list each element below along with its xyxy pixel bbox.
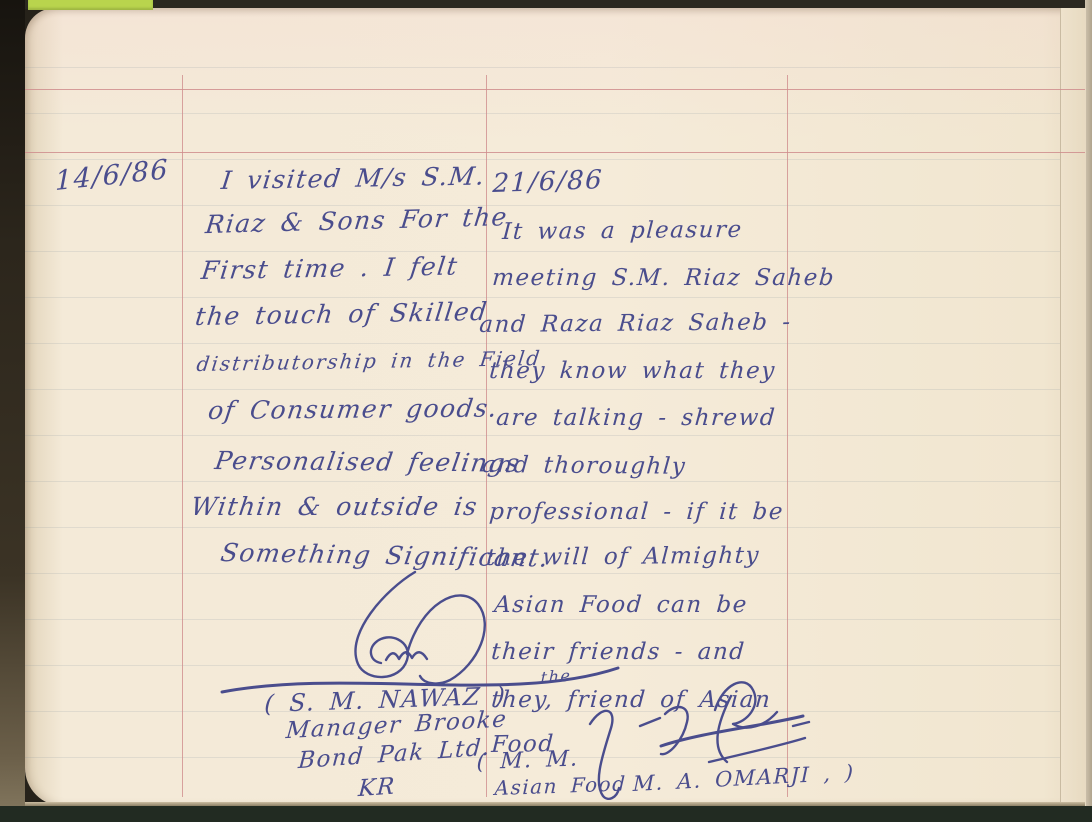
ledger-page: 14/6/86 I visited M/s S.M. Riaz & Sons F… bbox=[25, 8, 1085, 806]
caret-inserted-word: the bbox=[540, 668, 571, 686]
red-header-rule-top bbox=[25, 89, 1085, 90]
handwriting-line: are talking - shrewd bbox=[495, 407, 776, 430]
green-index-tab bbox=[28, 0, 153, 10]
handwriting-line: Riaz & Sons For the bbox=[204, 204, 509, 237]
handwriting-line: their friends - and bbox=[490, 641, 746, 664]
signature-flourish-omarji bbox=[653, 668, 823, 773]
handwriting-line: First time . I felt bbox=[200, 254, 460, 284]
handwriting-line: the will of Almighty bbox=[486, 545, 761, 570]
signature-flourish-nawaz bbox=[210, 564, 640, 700]
signature-org-left: Asian Food bbox=[494, 773, 627, 798]
handwriting-line: of Consumer goods. bbox=[207, 395, 500, 423]
signature-title-line: KR bbox=[357, 775, 396, 801]
red-column-rule-1 bbox=[182, 75, 183, 797]
handwriting-line: Within & outside is bbox=[189, 494, 479, 519]
underlying-pages-edge bbox=[1060, 8, 1086, 806]
entry-date-right: 21/6/86 bbox=[492, 167, 604, 197]
handwriting-line: professional - if it be bbox=[488, 501, 784, 524]
signature-title-line: Bond Pak Ltd. bbox=[297, 737, 491, 774]
entry-date-left: 14/6/86 bbox=[55, 156, 169, 195]
handwriting-line: Asian Food can be bbox=[493, 594, 748, 617]
handwriting-line: I visited M/s S.M. bbox=[220, 163, 487, 193]
handwriting-line: and Raza Riaz Saheb - bbox=[479, 311, 793, 337]
handwriting-line: Personalised feelings bbox=[213, 448, 522, 476]
signature-name-left: ( M. M. bbox=[476, 748, 579, 774]
handwriting-line: meeting S.M. Riaz Saheb bbox=[491, 267, 835, 290]
handwriting-line: It was a pleasure bbox=[502, 219, 744, 244]
page-stack-right-edge bbox=[1085, 0, 1092, 822]
handwriting-line: they know what they bbox=[488, 360, 776, 383]
scanned-ledger-page-scene: 14/6/86 I visited M/s S.M. Riaz & Sons F… bbox=[0, 0, 1092, 822]
book-bottom-edge bbox=[0, 806, 1092, 822]
handwriting-line: the touch of Skilled bbox=[194, 299, 489, 329]
red-header-rule-bottom bbox=[25, 152, 1085, 153]
handwriting-line: and thoroughly bbox=[481, 454, 687, 479]
book-spine-edge bbox=[0, 0, 25, 822]
